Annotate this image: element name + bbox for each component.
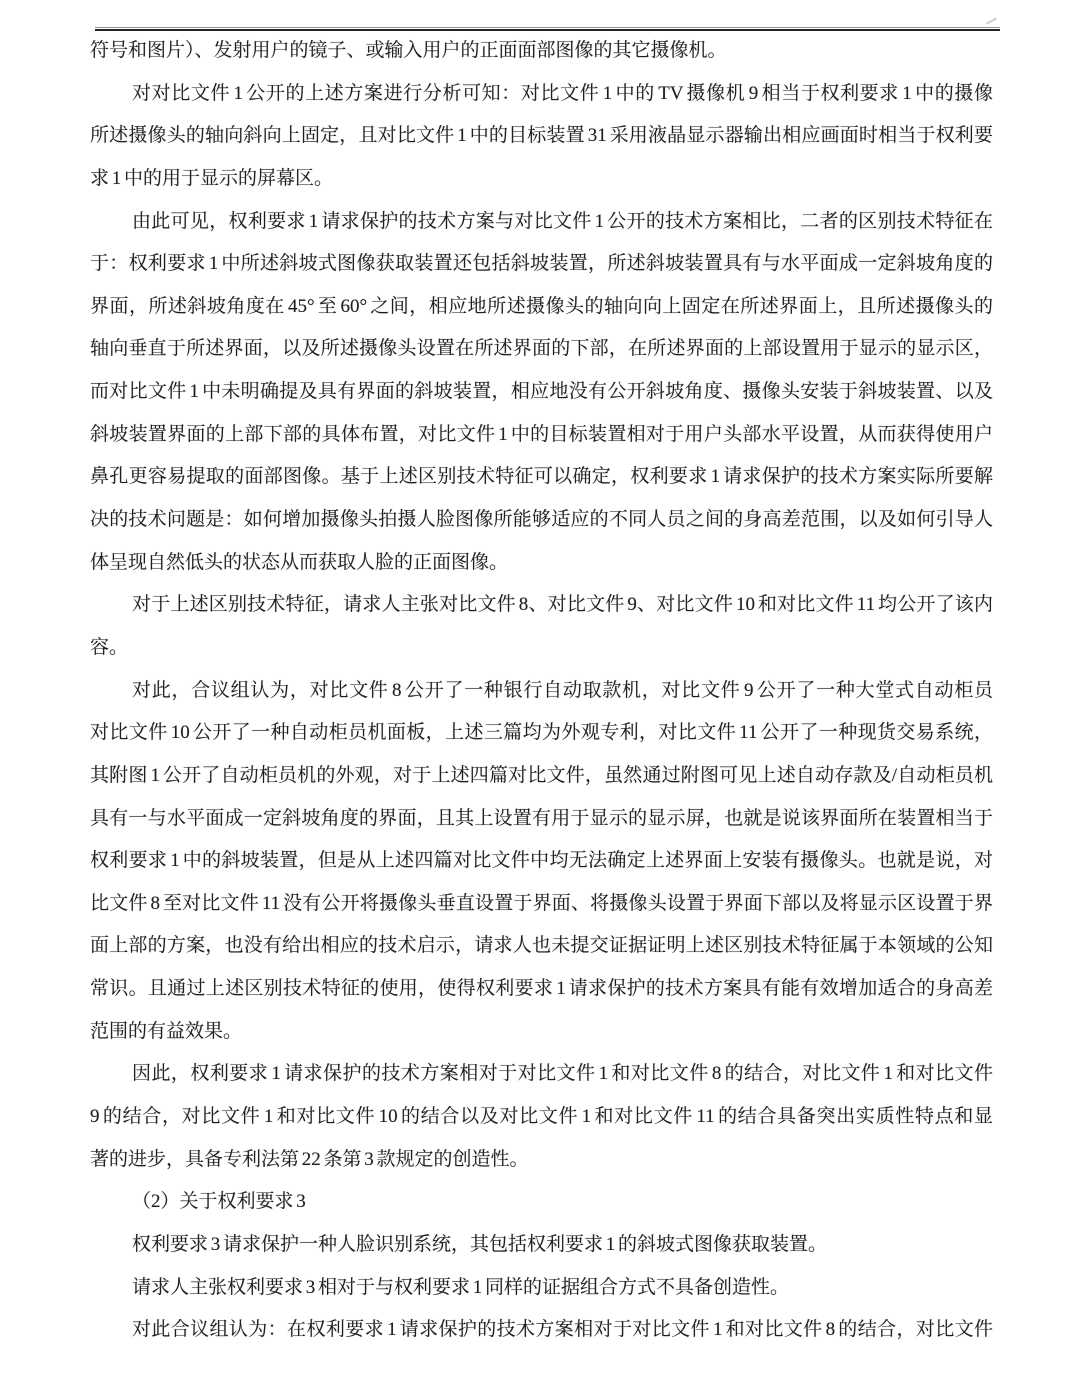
text-line: 界面，所述斜坡角度在 45° 至 60° 之间，相应地所述摄像头的轴向向上固定在… (90, 286, 993, 329)
text-line: 常识。且通过上述区别技术特征的使用，使得权利要求 1 请求保护的技术方案具有能有… (90, 968, 993, 1011)
text-line: 于：权利要求 1 中所述斜坡式图像获取装置还包括斜坡装置，所述斜坡装置具有与水平… (90, 243, 993, 286)
text-line: 对此合议组认为：在权利要求 1 请求保护的技术方案相对于对比文件 1 和对比文件… (90, 1309, 993, 1352)
document-page: 符号和图片）、发射用户的镜子、或输入用户的正面面部图像的其它摄像机。对对比文件 … (0, 0, 1080, 1391)
text-line: 符号和图片）、发射用户的镜子、或输入用户的正面面部图像的其它摄像机。 (90, 30, 993, 73)
document-body: 符号和图片）、发射用户的镜子、或输入用户的正面面部图像的其它摄像机。对对比文件 … (90, 30, 993, 1352)
text-line: 具有一与水平面成一定斜坡角度的界面，且其上设置有用于显示的显示屏，也就是说该界面… (90, 798, 993, 841)
text-line: 求 1 中的用于显示的屏幕区。 (90, 158, 993, 201)
text-line: 范围的有益效果。 (90, 1011, 993, 1054)
text-line: 对比文件 10 公开了一种自动柜员机面板，上述三篇均为外观专利，对比文件 11 … (90, 712, 993, 755)
text-line: 决的技术问题是：如何增加摄像头拍摄人脸图像所能够适应的不同人员之间的身高差范围，… (90, 499, 993, 542)
text-line: 对对比文件 1 公开的上述方案进行分析可知：对比文件 1 中的 TV 摄像机 9… (90, 73, 993, 116)
text-line: 所述摄像头的轴向斜向上固定，且对比文件 1 中的目标装置 31 采用液晶显示器输… (90, 115, 993, 158)
text-line: 因此，权利要求 1 请求保护的技术方案相对于对比文件 1 和对比文件 8 的结合… (90, 1053, 993, 1096)
text-line: 其附图 1 公开了自动柜员机的外观，对于上述四篇对比文件，虽然通过附图可见上述自… (90, 755, 993, 798)
text-line: 体呈现自然低头的状态从而获取人脸的正面图像。 (90, 542, 993, 585)
text-line: 著的进步，具备专利法第 22 条第 3 款规定的创造性。 (90, 1139, 993, 1182)
text-line: 鼻孔更容易提取的面部图像。基于上述区别技术特征可以确定，权利要求 1 请求保护的… (90, 456, 993, 499)
text-line: 比文件 8 至对比文件 11 没有公开将摄像头垂直设置于界面、将摄像头设置于界面… (90, 883, 993, 926)
text-line: 权利要求 1 中的斜坡装置，但是从上述四篇对比文件中均无法确定上述界面上安装有摄… (90, 840, 993, 883)
text-line: 而对比文件 1 中未明确提及具有界面的斜坡装置，相应地没有公开斜坡角度、摄像头安… (90, 371, 993, 414)
text-line: 权利要求 3 请求保护一种人脸识别系统，其包括权利要求 1 的斜坡式图像获取装置… (90, 1224, 993, 1267)
text-line: 容。 (90, 627, 993, 670)
text-line: 对此，合议组认为，对比文件 8 公开了一种银行自动取款机，对比文件 9 公开了一… (90, 670, 993, 713)
text-line: 对于上述区别技术特征，请求人主张对比文件 8、对比文件 9、对比文件 10 和对… (90, 584, 993, 627)
text-line: 9 的结合，对比文件 1 和对比文件 10 的结合以及对比文件 1 和对比文件 … (90, 1096, 993, 1139)
text-line: 由此可见，权利要求 1 请求保护的技术方案与对比文件 1 公开的技术方案相比，二… (90, 201, 993, 244)
text-line: 面上部的方案，也没有给出相应的技术启示，请求人也未提交证据证明上述区别技术特征属… (90, 925, 993, 968)
text-line: 轴向垂直于所述界面，以及所述摄像头设置在所述界面的下部，在所述界面的上部设置用于… (90, 328, 993, 371)
header-rule-light-line (95, 27, 1000, 28)
scan-artifact (986, 18, 997, 25)
text-line: 请求人主张权利要求 3 相对于与权利要求 1 同样的证据组合方式不具备创造性。 (90, 1267, 993, 1310)
text-line: 斜坡装置界面的上部下部的具体布置，对比文件 1 中的目标装置相对于用户头部水平设… (90, 414, 993, 457)
text-line: （2）关于权利要求 3 (90, 1181, 993, 1224)
